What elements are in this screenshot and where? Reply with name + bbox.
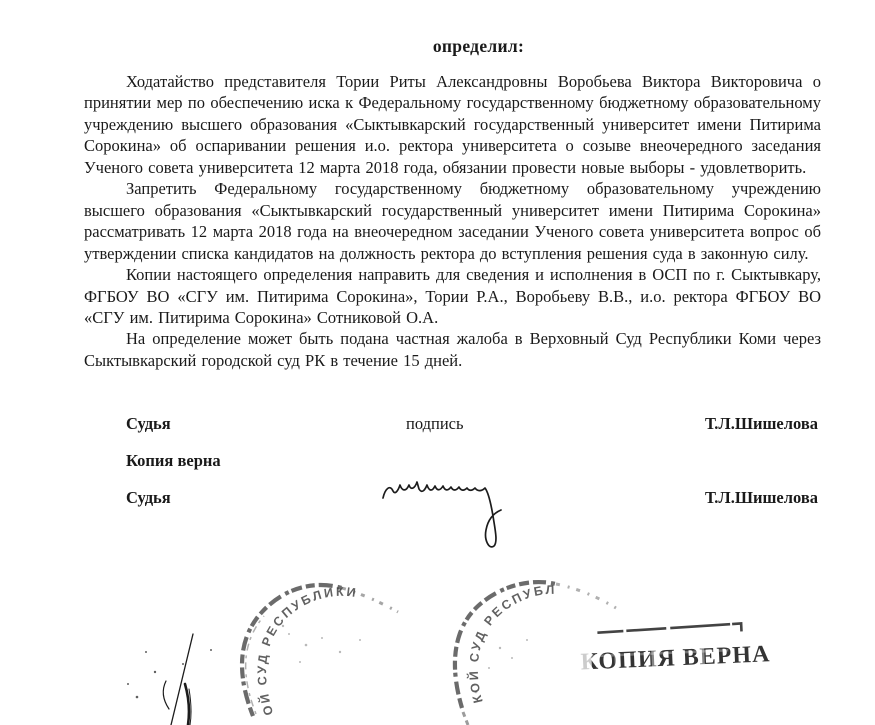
paragraph-motion-granted: Ходатайство представителя Тории Риты Але… — [84, 71, 821, 178]
judge-name: Т.Л.Шишелова — [705, 414, 818, 434]
copy-stamp-text: КОПИЯ ВЕРНА — [580, 641, 771, 675]
left-stamp-ink-specks — [282, 625, 361, 663]
paragraph-prohibition: Запретить Федеральному государственному … — [84, 178, 821, 264]
paragraph-appeal-procedure: На определение может быть подана частная… — [84, 328, 821, 371]
signature-placeholder-label: подпись — [406, 414, 464, 434]
stray-pen-strokes — [127, 634, 212, 725]
svg-text:КОЙ СУД РЕСПУБЛ: КОЙ СУД РЕСПУБЛ — [466, 583, 557, 705]
signature-row-original: Судья подпись Т.Л.Шишелова — [0, 414, 875, 434]
paragraph-copies-distribution: Копии настоящего определения направить д… — [84, 264, 821, 328]
right-round-court-stamp: КОЙ СУД РЕСПУБЛ — [455, 582, 616, 725]
right-stamp-arc-text: КОЙ СУД РЕСПУБЛ — [466, 583, 557, 705]
judge-label-second: Судья — [126, 488, 171, 508]
copy-note-label: Копия верна — [126, 451, 221, 471]
judge-name-second: Т.Л.Шишелова — [705, 488, 818, 508]
ruling-heading: определил: — [84, 36, 847, 57]
signature-row-certified: Судья Т.Л.Шишелова — [0, 488, 875, 508]
copy-certified-stamp: КОПИЯ ВЕРНА — [576, 622, 771, 675]
copy-note-row: Копия верна — [0, 451, 875, 471]
judge-label: Судья — [126, 414, 171, 434]
svg-text:ОЙ СУД РЕСПУБЛИКИ: ОЙ СУД РЕСПУБЛИКИ — [255, 585, 359, 717]
left-round-court-stamp: ОЙ СУД РЕСПУБЛИКИ — [242, 585, 398, 717]
ruling-body: Ходатайство представителя Тории Риты Але… — [84, 71, 821, 371]
right-stamp-ink-specks — [475, 639, 528, 701]
left-stamp-arc-text: ОЙ СУД РЕСПУБЛИКИ — [255, 585, 359, 717]
court-ruling-scanned-page: определил: Ходатайство представителя Тор… — [0, 0, 875, 725]
copy-stamp-ink-gaps — [577, 633, 729, 676]
